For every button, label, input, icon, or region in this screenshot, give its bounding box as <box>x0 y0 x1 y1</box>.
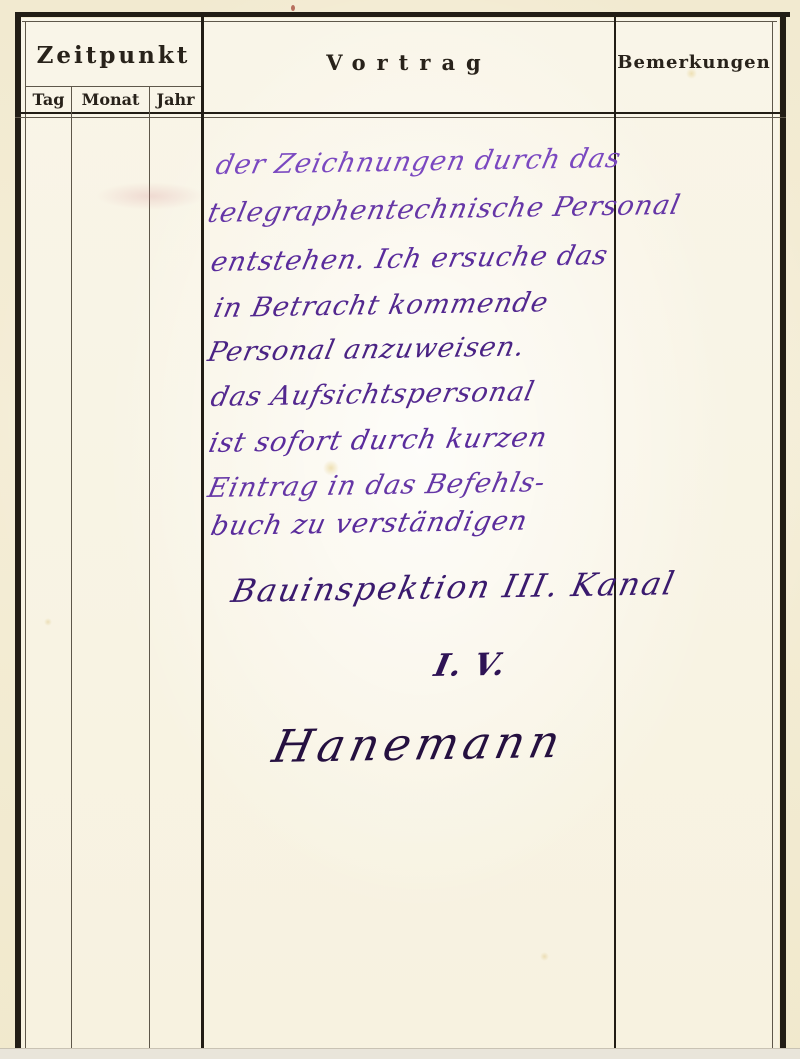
border-top-thick <box>15 12 790 17</box>
header-bottom-rule-thin <box>15 117 786 118</box>
handwriting-line-7: ist sofort durch kurzen <box>206 422 550 459</box>
header-monat: Monat <box>72 90 149 109</box>
paper-speck <box>291 5 295 11</box>
column-rule-monat-jahr <box>149 86 150 1048</box>
header-vortrag: Vortrag <box>204 50 614 75</box>
office-designation-line: Bauinspektion III. Kanal <box>228 564 679 610</box>
header-jahr: Jahr <box>150 90 201 109</box>
handwriting-line-6: das Aufsichtspersonal <box>208 376 538 413</box>
handwriting-line-5: Personal anzuweisen. <box>205 332 528 368</box>
border-right-thin <box>772 21 773 1048</box>
handwriting-line-8: Eintrag in das Befehls- <box>205 467 549 504</box>
signature-hanemann: Hanemann <box>268 715 570 773</box>
handwriting-line-4: in Betracht kommende <box>211 287 552 324</box>
border-top-thin <box>22 21 777 22</box>
column-rule-tag-monat <box>71 86 72 1048</box>
border-left-thick <box>15 12 21 1048</box>
scan-edge-strip <box>0 1048 800 1059</box>
per-procura-initials: I. V. <box>431 647 509 684</box>
border-left-thin <box>25 21 26 1048</box>
header-zeitpunkt: Zeitpunkt <box>26 42 201 69</box>
column-rule-jahr-vortrag <box>201 17 204 1048</box>
zeitpunkt-subheader-rule <box>25 86 203 87</box>
header-tag: Tag <box>26 90 71 109</box>
header-bemerkungen: Bemerkungen <box>616 52 772 73</box>
border-right-thick <box>780 12 786 1048</box>
header-bottom-rule-thick <box>15 112 786 114</box>
handwriting-line-9: buch zu verständigen <box>208 506 531 542</box>
scanned-ledger-page: Zeitpunkt Tag Monat Jahr Vortrag Bemerku… <box>0 0 800 1059</box>
